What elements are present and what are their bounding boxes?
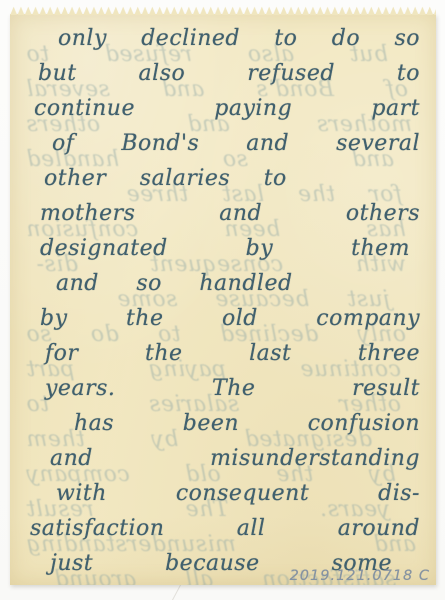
handwritten-line: years. The result [10,371,436,406]
handwritten-line: other salaries to [10,161,436,196]
handwritten-line: continue paying part [10,91,436,126]
handwritten-line: and so handled [10,266,436,301]
handwritten-line: satisfaction all around [10,511,436,546]
handwriting-layer: only declined to do so but also refused … [10,14,436,581]
handwritten-line: of Bond's and several [10,126,436,161]
handwritten-line: designated by them [10,231,436,266]
letter-paper: but also refused to of Bond's and severa… [10,14,436,585]
paper-surface: but also refused to of Bond's and severa… [10,14,436,585]
handwritten-line: mothers and others [10,196,436,231]
handwritten-line: for the last three [10,336,436,371]
handwritten-line: only declined to do so [10,21,436,56]
handwritten-line: but also refused to [10,56,436,91]
handwritten-line: and misunderstanding [10,441,436,476]
catalog-number: 2019.121.0718 C [290,568,430,584]
handwritten-line: has been confusion [10,406,436,441]
handwritten-line: with consequent dis- [10,476,436,511]
handwritten-line: by the old company [10,301,436,336]
scan-background: but also refused to of Bond's and severa… [0,0,445,600]
